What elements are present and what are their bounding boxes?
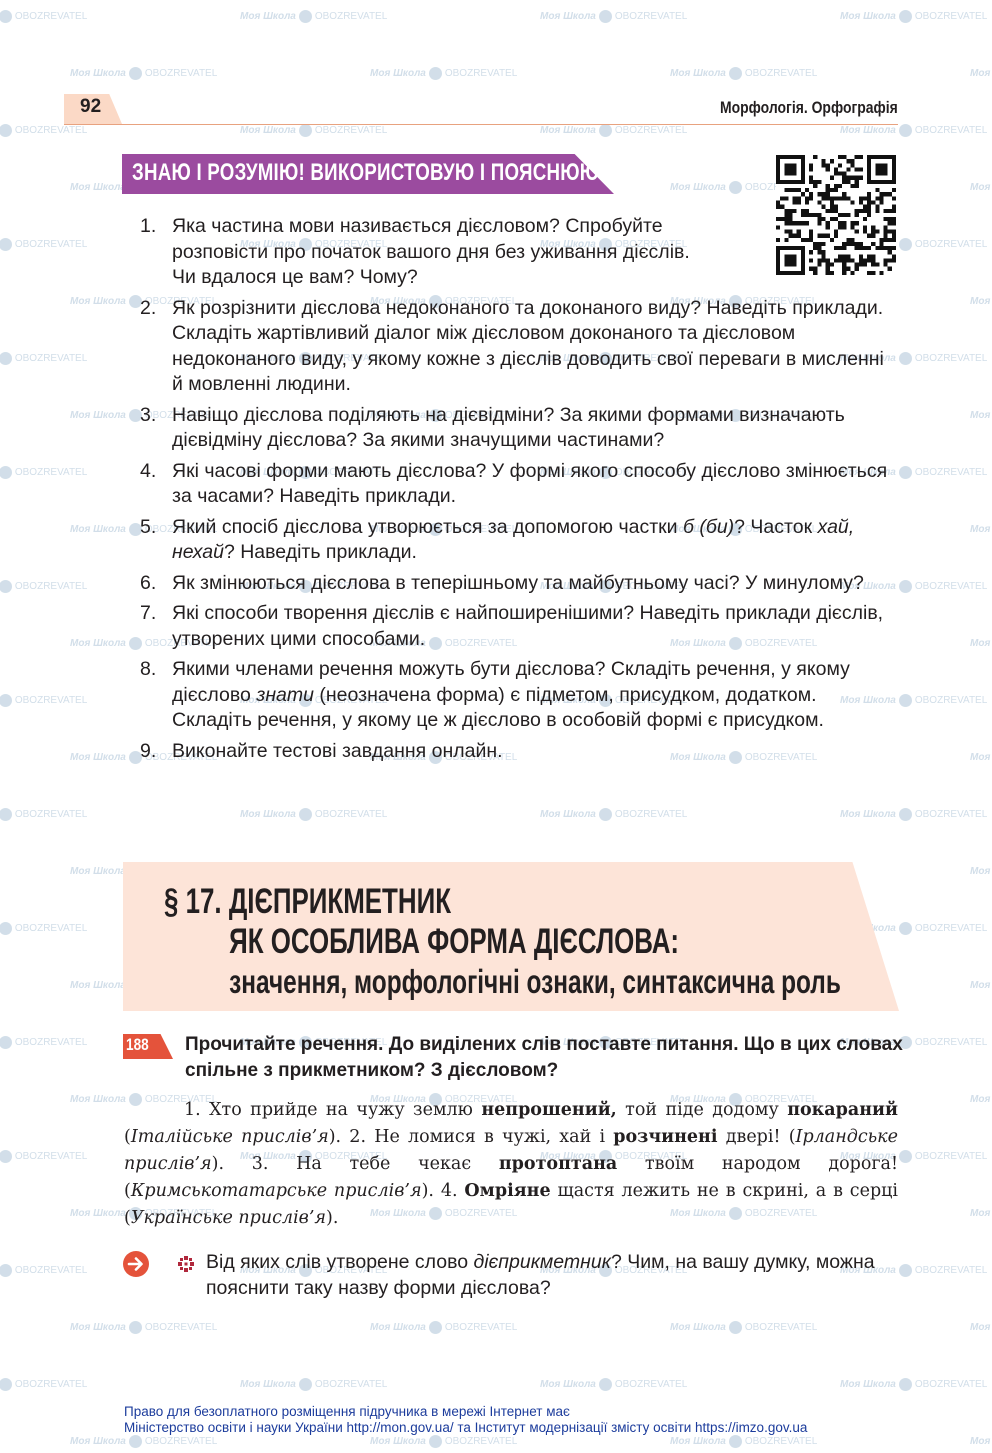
sentence-text: той піде додому (617, 1100, 787, 1120)
sentence-text: 1. Хто прийде на чужу землю (184, 1100, 481, 1120)
proverb-source: Кримськотатарське прислів’я (131, 1181, 422, 1201)
question-item: 1.Яка частина мови називається дієсловом… (136, 214, 712, 291)
exercise-number: 188 (126, 1035, 149, 1055)
question-item: 2.Як розрізнити дієслова недоконаного та… (136, 296, 898, 398)
question-item: 3.Навіщо дієслова поділяють на дієвідмін… (136, 403, 898, 454)
footer-line1: Право для безоплатного розміщення підруч… (124, 1404, 807, 1420)
exercise-task: Прочитайте речення. До виділених слів по… (185, 1032, 905, 1083)
note-question: Від яких слів утворене слово дієприкметн… (206, 1249, 896, 1301)
question-item: 7.Які способи творення дієслів є найпоши… (136, 601, 898, 652)
sentence-text: ( (124, 1127, 131, 1147)
section-number: § 17. (164, 882, 222, 921)
sentence-text: ). 3. На тебе чекає (212, 1154, 499, 1174)
page-number: 92 (80, 96, 101, 118)
exercise-text: 1. Хто прийде на чужу землю непрошений, … (124, 1097, 898, 1232)
section-title: § 17. ДІЄПРИКМЕТНИК ЯК ОСОБЛИВА ФОРМА ДІ… (164, 882, 841, 1002)
proverb-source: Українське прислів’я (131, 1208, 326, 1228)
creative-task-icon (178, 1256, 194, 1272)
highlighted-word: протоптана (499, 1154, 617, 1174)
highlighted-word: непрошений, (481, 1100, 616, 1120)
highlighted-word: Омріяне (464, 1181, 550, 1201)
section-subtitle: значення, морфологічні ознаки, синтаксич… (164, 962, 841, 1002)
section-title-line2: ЯК ОСОБЛИВА ФОРМА ДІЄСЛОВА: (164, 922, 841, 962)
question-item[interactable]: 9.Виконайте тестові завдання онлайн. (136, 739, 898, 765)
footer-copyright: Право для безоплатного розміщення підруч… (124, 1404, 807, 1436)
header-divider (64, 124, 898, 125)
highlighted-word: розчинені (613, 1127, 717, 1147)
sentence-text: ). 2. Не ломися в чужі, хай і (329, 1127, 614, 1147)
question-item: 5.Який спосіб дієслова утворюється за до… (136, 515, 898, 566)
sentence-text: ). (326, 1208, 338, 1228)
review-banner-title: ЗНАЮ І РОЗУМІЮ! ВИКОРИСТОВУЮ І ПОЯСНЮЮ! (132, 159, 606, 187)
question-item: 4.Які часові форми мають дієслова? У фор… (136, 459, 898, 510)
question-item: 6.Як змінюються дієслова в теперішньому … (136, 571, 898, 597)
question-item: 8.Якими членами речення можуть бути дієс… (136, 657, 898, 734)
running-head: Морфологія. Орфографія (720, 98, 898, 118)
arrow-right-icon (123, 1251, 149, 1277)
footer-line2[interactable]: Міністерство освіти і науки України http… (124, 1420, 807, 1436)
proverb-source: Італійське прислів’я (131, 1127, 329, 1147)
sentence-text: ). 4. (422, 1181, 465, 1201)
highlighted-word: покараний (787, 1100, 898, 1120)
review-questions: 1.Яка частина мови називається дієсловом… (136, 214, 898, 769)
sentence-text: двері! ( (718, 1127, 796, 1147)
section-title-line1: ДІЄПРИКМЕТНИК (229, 882, 451, 921)
